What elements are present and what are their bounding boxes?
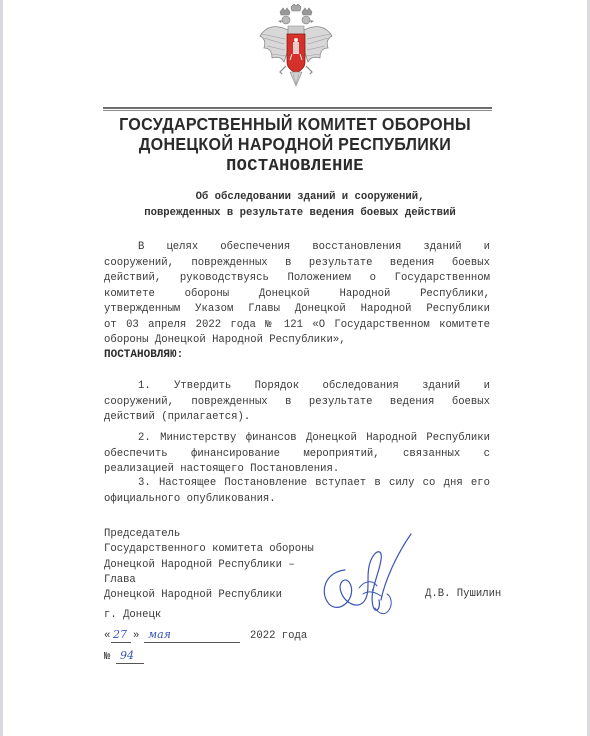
number-sign: № bbox=[104, 651, 110, 663]
city-label: г. Донецк bbox=[104, 609, 161, 621]
signatory-name: Д.В. Пушилин bbox=[425, 588, 501, 600]
date-line: « 27 » мая 2022 года bbox=[104, 630, 404, 646]
handwritten-signature bbox=[315, 530, 425, 620]
preamble-paragraph: В целях обеспечения восстановления здани… bbox=[104, 240, 490, 349]
organization-line-1: ГОСУДАРСТВЕННЫЙ КОМИТЕТ ОБОРОНЫ bbox=[24, 114, 567, 135]
signatory-title-line: Глава bbox=[104, 573, 314, 588]
subject-line-2: поврежденных в результате ведения боевых… bbox=[120, 205, 480, 221]
document-number-line: № 94 bbox=[104, 651, 224, 667]
coat-of-arms-icon bbox=[258, 4, 334, 92]
item-line: 2. Министерству финансов Донецкой Народн… bbox=[104, 431, 490, 447]
decree-item-1: 1. Утвердить Порядок обследования зданий… bbox=[104, 379, 490, 426]
date-close-quote: » bbox=[133, 630, 139, 642]
preamble-line: комитете обороны Донецкой Народной Респу… bbox=[104, 287, 490, 303]
preamble-line: от 03 апреля 2022 года № 121 «О Государс… bbox=[104, 318, 490, 334]
preamble-line: утвержденным Указом Главы Донецкой Народ… bbox=[104, 302, 490, 318]
date-day-underline bbox=[111, 630, 131, 643]
preamble-line: В целях обеспечения восстановления здани… bbox=[104, 240, 490, 256]
decree-item-3: 3. Настоящее Постановление вступает в си… bbox=[104, 476, 490, 507]
document-type-title: ПОСТАНОВЛЕНИЕ bbox=[0, 157, 590, 176]
item-line: официального опубликования. bbox=[104, 492, 490, 508]
item-line: 1. Утвердить Порядок обследования зданий… bbox=[104, 379, 490, 395]
date-open-quote: « bbox=[104, 630, 110, 642]
date-month-underline bbox=[144, 630, 240, 643]
item-line: обеспечить финансирование мероприятий, с… bbox=[104, 447, 490, 463]
preamble-line: обороны Донецкой Народной Республики», bbox=[104, 333, 490, 349]
page-edge-left bbox=[0, 0, 3, 736]
signatory-title: Председатель Государственного комитета о… bbox=[104, 527, 314, 603]
signatory-title-line: Донецкой Народной Республики – bbox=[104, 558, 314, 573]
item-line: действий (прилагается). bbox=[104, 410, 490, 426]
subject-line-1: Об обследовании зданий и сооружений, bbox=[140, 189, 480, 205]
date-year: 2022 года bbox=[250, 630, 307, 642]
signatory-title-line: Государственного комитета обороны bbox=[104, 542, 314, 557]
preamble-line: сооружений, поврежденных в результате ве… bbox=[104, 256, 490, 272]
number-underline bbox=[116, 651, 144, 664]
organization-line-2: ДОНЕЦКОЙ НАРОДНОЙ РЕСПУБЛИКИ bbox=[24, 134, 567, 155]
item-line: сооружений, поврежденных в результате ве… bbox=[104, 395, 490, 411]
preamble-line: действий, руководствуясь Положением о Го… bbox=[104, 271, 490, 287]
signatory-title-line: Донецкой Народной Республики bbox=[104, 588, 314, 603]
item-line: 3. Настоящее Постановление вступает в си… bbox=[104, 476, 490, 492]
header-double-rule bbox=[103, 107, 492, 111]
signatory-title-line: Председатель bbox=[104, 527, 314, 542]
decree-heading: ПОСТАНОВЛЯЮ: bbox=[104, 349, 183, 361]
decree-item-2: 2. Министерству финансов Донецкой Народн… bbox=[104, 431, 490, 478]
